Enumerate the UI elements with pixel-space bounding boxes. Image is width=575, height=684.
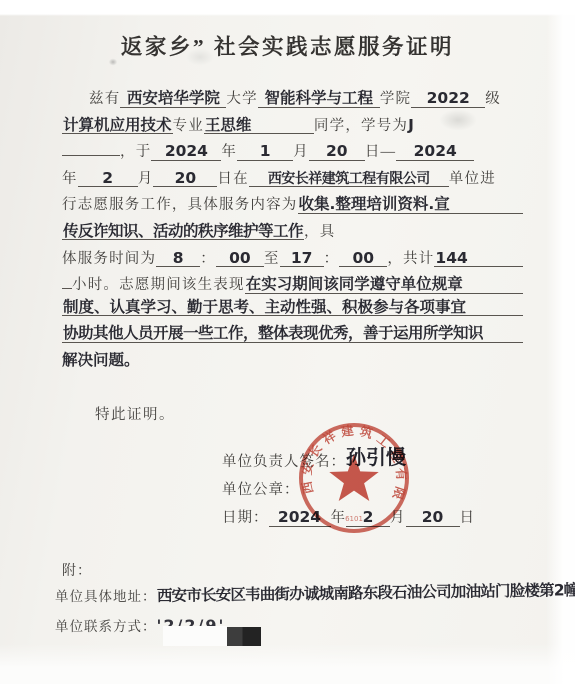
form-line-4: 年 2 月 20 日在 西安长祥建筑工程有限公司 单位进 xyxy=(62,167,523,194)
form-line-9: 制度、认真学习、勤于思考、主动性强、积极参与各项事宜 xyxy=(62,300,523,327)
signature-block: 单位负责人签名： 孙引慢 单位公章： 日期： 2024 年 2 月 20 日 xyxy=(222,449,484,535)
year-suffix: 年 xyxy=(331,506,347,527)
printed-text: 体服务时间为 xyxy=(62,247,156,268)
handwritten-start-day: 20 xyxy=(309,144,365,161)
printed-text: 级 xyxy=(485,87,501,108)
printed-text: 年 xyxy=(221,140,237,161)
handwritten-major: 计算机应用技术 xyxy=(62,118,173,135)
printed-text: 同学，学号为 xyxy=(314,114,408,135)
printed-text: ： xyxy=(324,247,340,268)
handwritten-total-hours: 144 xyxy=(434,251,523,268)
printed-text: 月 xyxy=(138,167,154,188)
handwritten-start-hour: 8 xyxy=(156,251,200,268)
company-seal-label: 单位公章： xyxy=(222,478,300,499)
certificate-title: 返家乡” 社会实践志愿服务证明 xyxy=(0,30,575,61)
company-address-row: 单位具体地址： 西安市长安区韦曲街办诚城南路东段石油公司加油站门脸楼第2幢13F xyxy=(55,585,575,605)
handwritten-service-content-2: 传反诈知识、活动的秩序维护等工作 xyxy=(62,224,304,241)
printed-text: 至 xyxy=(264,247,280,268)
handwritten-start-month: 1 xyxy=(237,144,293,161)
handwritten-date-day: 20 xyxy=(406,510,460,527)
black-redaction-box xyxy=(227,627,261,646)
day-suffix: 日 xyxy=(460,506,476,527)
handwritten-end-year: 2024 xyxy=(396,144,474,161)
handwritten-student-name: 王思维 xyxy=(204,118,314,135)
handwritten-end-minute: 00 xyxy=(339,251,387,268)
form-line-3: ，于 2024 年 1 月 20 日— 2024 xyxy=(62,140,523,167)
form-line-5: 行志愿服务工作，具体服务内容为 收集.整理培训资料.宣 xyxy=(62,193,523,220)
empty-blank xyxy=(62,155,120,156)
white-redaction-box xyxy=(163,626,227,646)
handwritten-evaluation-3: 协助其他人员开展一些工作，整体表现优秀，善于运用所学知识 xyxy=(62,326,523,343)
scanned-certificate-page: 返家乡” 社会实践志愿服务证明 兹有 西安培华学院 大学 智能科学与工程 学院 … xyxy=(0,0,575,684)
printed-text: ，共计 xyxy=(387,247,434,268)
printed-text: 行志愿服务工作，具体服务内容为 xyxy=(62,193,298,214)
printed-text: 小时。志愿期间该生表现 xyxy=(72,273,245,294)
handwritten-school: 西安培华学院 xyxy=(120,91,226,108)
leader-signature-label: 单位负责人签名： xyxy=(222,450,346,471)
handwritten-company-name: 西安长祥建筑工程有限公司 xyxy=(249,172,449,187)
handwritten-company-address: 西安市长安区韦曲街办诚城南路东段石油公司加油站门脸楼第2幢13F xyxy=(156,583,575,605)
printed-text: 日在 xyxy=(217,167,248,188)
printed-text: ： xyxy=(200,247,216,268)
printed-text: 年 xyxy=(62,167,78,188)
printed-text: 单位进 xyxy=(449,167,496,188)
form-line-7: 体服务时间为 8 ： 00 至 17 ： 00 ，共计 144 xyxy=(62,247,523,274)
printed-text: 兹有 xyxy=(89,87,120,108)
form-line-11: 解决问题。 xyxy=(62,353,523,380)
leader-signature-row: 单位负责人签名： 孙引慢 xyxy=(222,449,484,478)
handwritten-end-hour: 17 xyxy=(280,251,324,268)
printed-text: ，具 xyxy=(304,220,335,241)
handwritten-start-minute: 00 xyxy=(216,251,264,268)
printed-text: 月 xyxy=(293,140,309,161)
date-label: 日期： xyxy=(222,506,269,527)
printed-text: 日— xyxy=(365,140,396,161)
form-line-8: 小时。志愿期间该生表现 在实习期间该同学遵守单位规章 xyxy=(62,273,523,300)
form-line-6: 传反诈知识、活动的秩序维护等工作 ，具 xyxy=(62,220,523,247)
handwritten-start-year: 2024 xyxy=(151,144,221,161)
month-suffix: 月 xyxy=(390,506,406,527)
printed-text: 学院 xyxy=(380,87,411,108)
handwritten-end-day: 20 xyxy=(153,171,217,188)
form-line-1: 兹有 西安培华学院 大学 智能科学与工程 学院 2022 级 xyxy=(62,87,523,114)
handwritten-student-id-start: J xyxy=(408,118,414,134)
date-row: 日期： 2024 年 2 月 20 日 xyxy=(222,506,484,535)
handwritten-end-month: 2 xyxy=(78,171,138,188)
handwritten-date-year: 2024 xyxy=(269,510,331,527)
handwritten-date-month: 2 xyxy=(346,510,390,527)
handwritten-service-content-1: 收集.整理培训资料.宣 xyxy=(298,197,524,214)
company-contact-label: 单位联系方式： xyxy=(55,615,157,635)
handwritten-evaluation-4: 解决问题。 xyxy=(62,353,140,369)
certificate-body: 兹有 西安培华学院 大学 智能科学与工程 学院 2022 级 计算机应用技术 专… xyxy=(62,87,523,380)
printed-text: 专业 xyxy=(173,114,204,135)
form-line-10: 协助其他人员开展一些工作，整体表现优秀，善于运用所学知识 xyxy=(62,326,523,353)
handwritten-grade: 2022 xyxy=(411,91,485,108)
closing-statement: 特此证明。 xyxy=(95,403,175,424)
handwritten-leader-signature: 孙引慢 xyxy=(346,447,406,467)
attachment-label: 附： xyxy=(62,560,92,580)
handwritten-college: 智能科学与工程 xyxy=(258,91,380,108)
form-line-2: 计算机应用技术 专业 王思维 同学，学号为 J xyxy=(62,114,523,141)
company-seal-row: 单位公章： xyxy=(222,478,484,507)
printed-text: ，于 xyxy=(120,140,151,161)
company-address-label: 单位具体地址： xyxy=(55,585,157,605)
printed-text: 大学 xyxy=(226,87,257,108)
handwritten-evaluation-1: 在实习期间该同学遵守单位规章 xyxy=(245,277,523,294)
handwritten-evaluation-2: 制度、认真学习、勤于思考、主动性强、积极参与各项事宜 xyxy=(62,300,523,317)
empty-blank xyxy=(62,288,72,289)
